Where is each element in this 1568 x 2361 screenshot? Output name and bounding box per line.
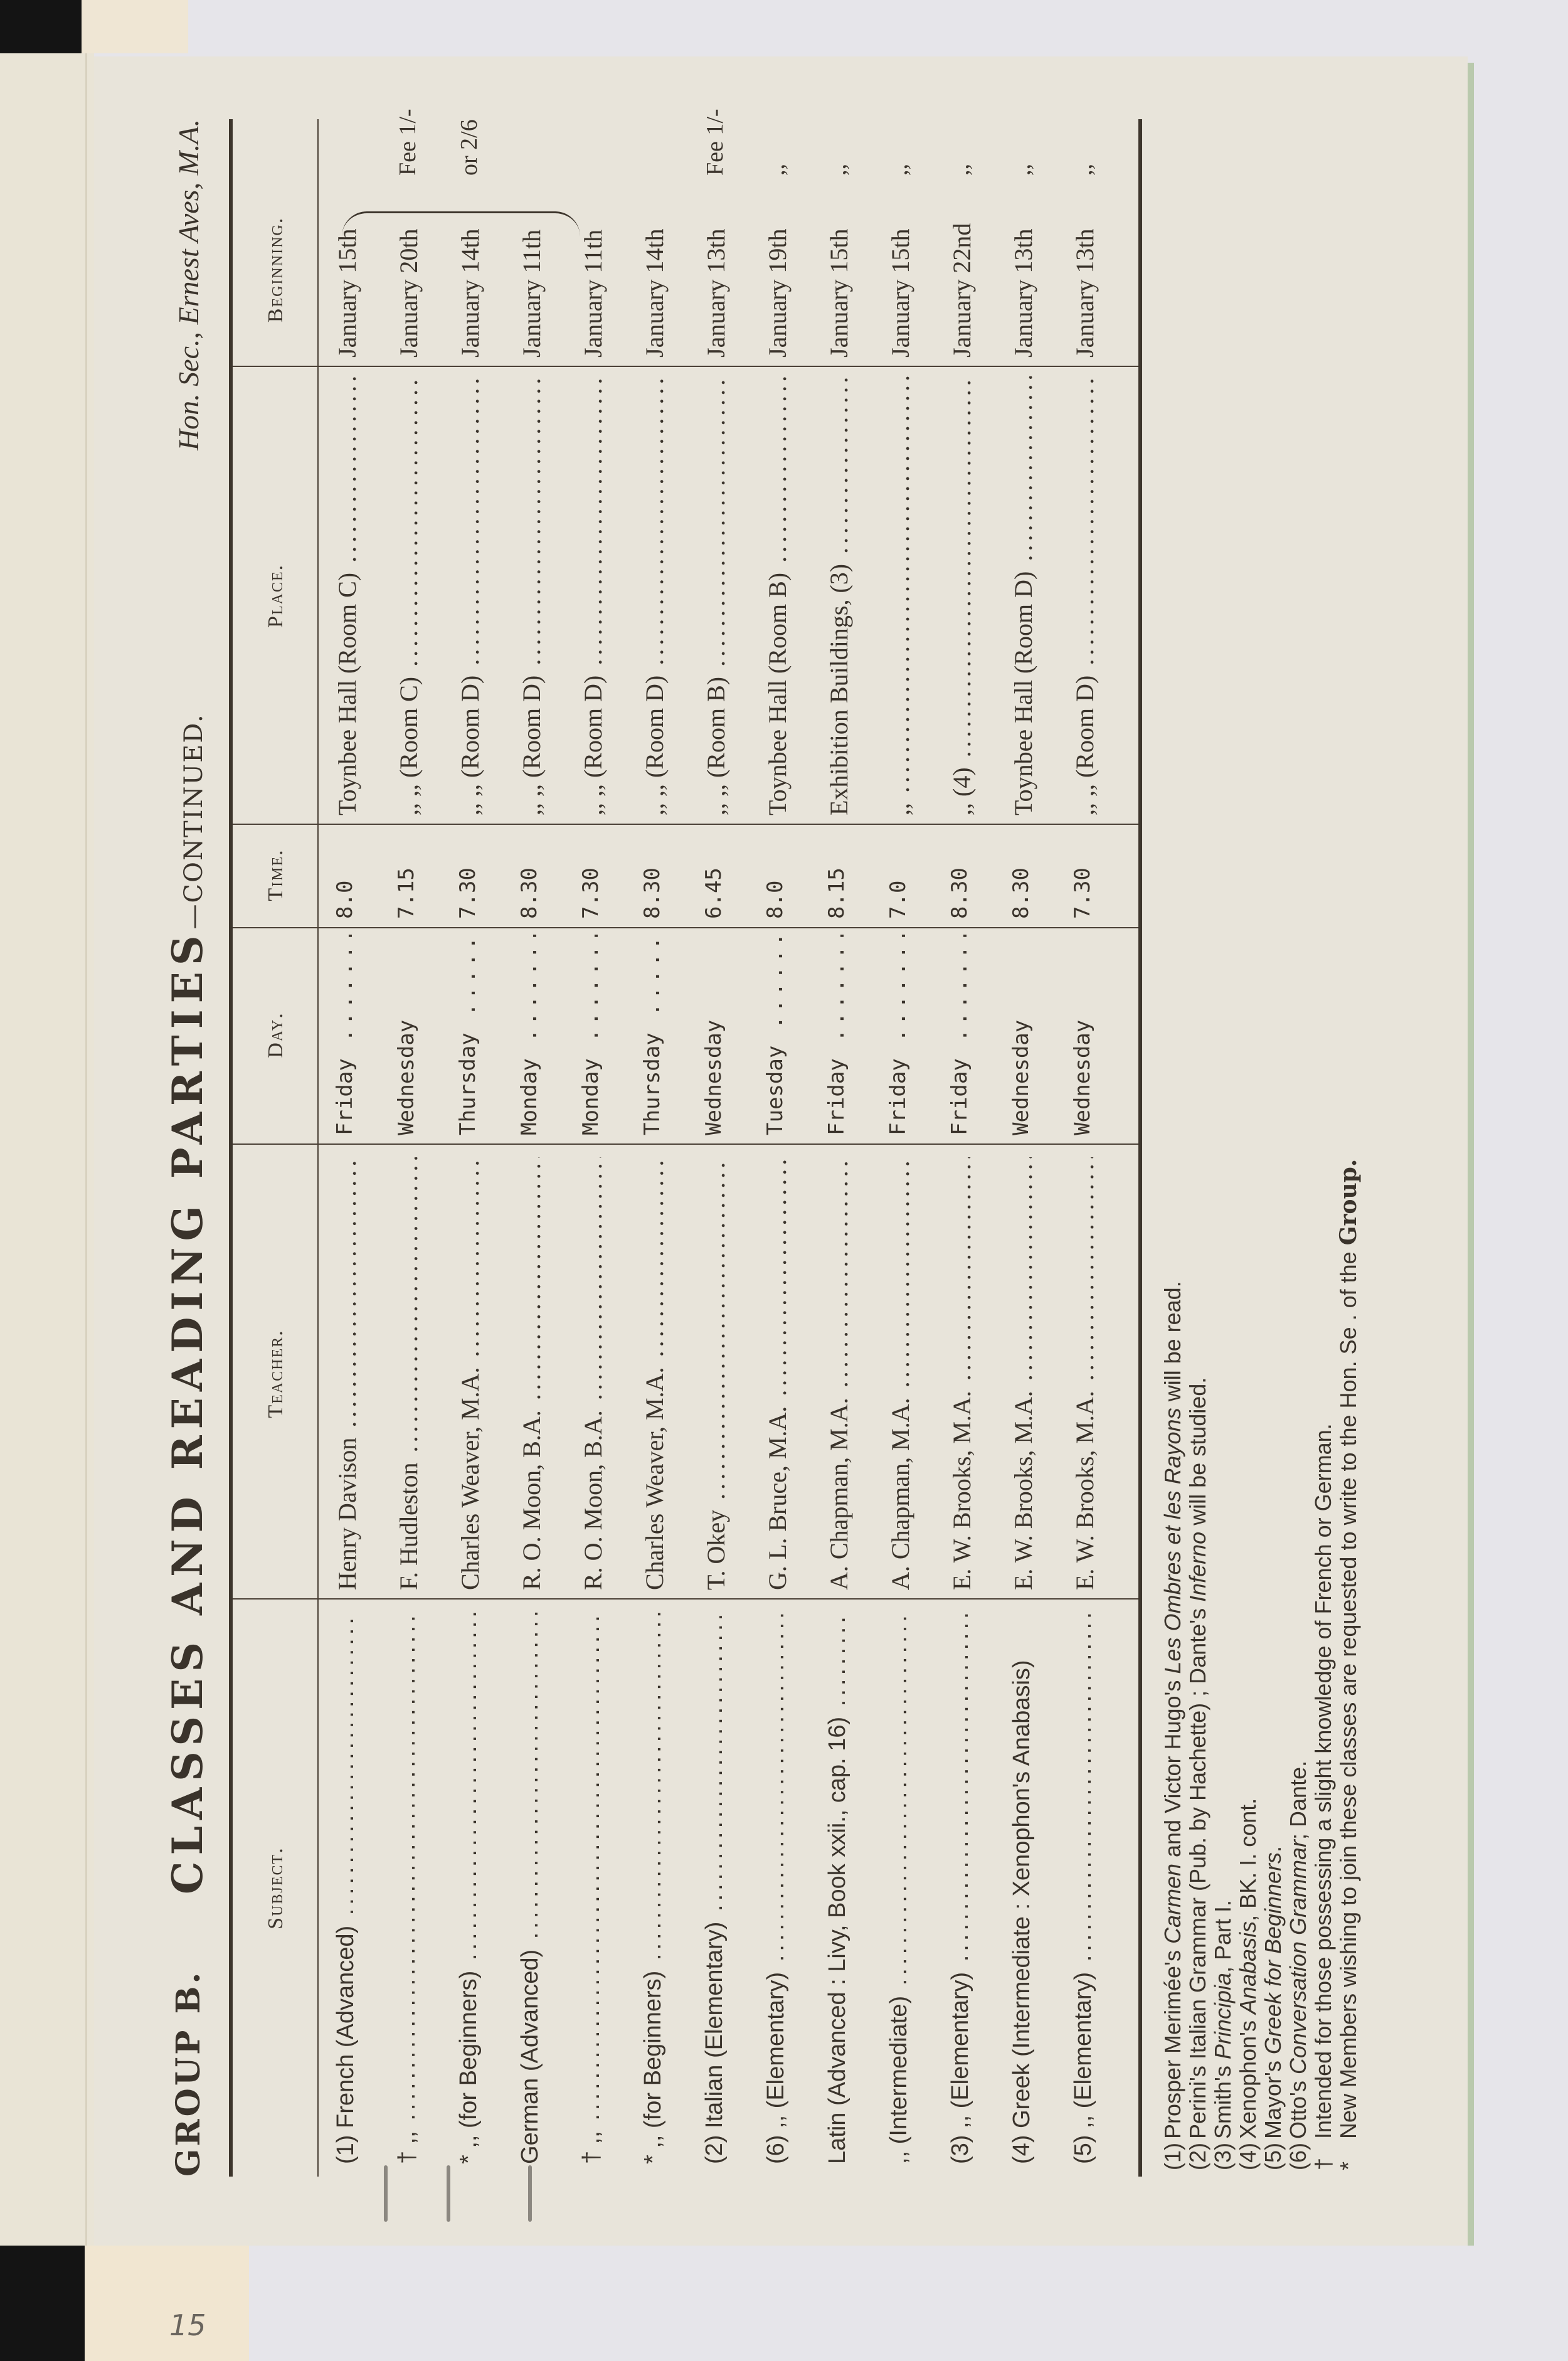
cell-teacher: Charles Weaver, M.A.	[455, 1157, 485, 1590]
cell-time: 8.30	[517, 831, 542, 919]
cell-beginning: January 15th	[332, 182, 362, 358]
cell-fee: ,,	[1009, 100, 1036, 176]
cell-teacher: G. L. Bruce, M.A.	[763, 1157, 792, 1590]
cell-subject: (3) ,, (Elementary)	[947, 1612, 974, 2164]
footnote: (1)Prosper Merimée's Carmen and Victor H…	[1160, 289, 1185, 2170]
cell-day: Friday	[824, 935, 849, 1135]
cell-time: 8.15	[824, 831, 849, 919]
footnote-text: Otto's	[1285, 2074, 1311, 2139]
cell-time: 7.30	[578, 831, 603, 919]
cell-day: Wednesday	[1070, 935, 1095, 1135]
table-row: Latin (Advanced : Livy, Book xxii., cap.…	[818, 119, 873, 2177]
cell-beginning: January 22nd	[947, 182, 977, 358]
cell-beginning: January 11th	[578, 182, 608, 358]
cell-teacher: E. W. Brooks, M.A.	[1070, 1157, 1099, 1590]
pencil-mark-icon	[384, 2165, 388, 2222]
cell-time: 7.30	[1070, 831, 1095, 919]
cell-fee: Fee 1/-	[394, 100, 421, 176]
cell-teacher: A. Chapman, M.A.	[824, 1157, 854, 1590]
cell-teacher: R. O. Moon, B.A.	[517, 1157, 546, 1590]
table-body: (1) French (Advanced) Henry Davison Frid…	[326, 119, 1135, 2177]
cell-time: 7.30	[455, 831, 480, 919]
footnote-text: Smith's	[1210, 2059, 1236, 2139]
group-label: GROUP B.	[169, 1970, 208, 2177]
cell-beginning: January 14th	[640, 182, 669, 358]
cell-teacher: R. O. Moon, B.A.	[578, 1157, 608, 1590]
cell-day: Tuesday	[763, 935, 788, 1135]
cell-teacher: Charles Weaver, M.A.	[640, 1157, 669, 1590]
cell-beginning: January 13th	[1009, 182, 1038, 358]
footnotes: (1)Prosper Merimée's Carmen and Victor H…	[1160, 289, 1361, 2170]
header-divider	[317, 119, 319, 2177]
footnote-text: New Members wishing to join these classe…	[1335, 1245, 1361, 2139]
cell-subject: (1) French (Advanced)	[332, 1612, 359, 2164]
footnote-text: Prosper Merimée's	[1160, 1944, 1185, 2139]
cell-beginning: January 13th	[1070, 182, 1099, 358]
cell-place: ,, (4)	[947, 376, 977, 815]
cell-fee: ,,	[763, 100, 790, 176]
header-subject: Subject.	[264, 1612, 288, 2164]
cell-place: ,, ,, (Room D)	[517, 376, 546, 815]
cell-fee: ,,	[824, 100, 852, 176]
cell-subject: † ,,	[578, 1612, 605, 2164]
table-row: ,, (Intermediate) A. Chapman, M.A. Frida…	[879, 119, 935, 2177]
footnote-text: will be read.	[1160, 1281, 1185, 1408]
footnote-text: Mayor's	[1260, 2054, 1286, 2139]
footnote-title: Greek for Beginners	[1260, 1852, 1286, 2054]
cell-subject: (6) ,, (Elementary)	[763, 1612, 790, 2164]
paper-tab-bottom	[85, 2246, 249, 2361]
cell-day: Wednesday	[394, 935, 419, 1135]
footnote-text: Perini's Italian Grammar (Pub. by Hachet…	[1185, 1602, 1210, 2139]
footnote-title: Anabasis	[1235, 1921, 1261, 2014]
table-row: * ,, (for Beginners) Charles Weaver, M.A…	[449, 119, 504, 2177]
cell-place: ,, ,, (Room D)	[640, 376, 669, 815]
table-row: (1) French (Advanced) Henry Davison Frid…	[326, 119, 381, 2177]
fee-bracket-icon	[342, 211, 580, 238]
cell-beginning: January 20th	[394, 182, 423, 358]
bottom-rule	[1138, 119, 1142, 2177]
cell-place: Toynbee Hall (Room B)	[763, 376, 792, 815]
footnote-mark: (4)	[1236, 2139, 1261, 2170]
cell-time: 8.0	[332, 831, 358, 919]
cell-beginning: January 19th	[763, 182, 792, 358]
footnote: (6)Otto's Conversation Grammar; Dante.	[1286, 289, 1311, 2170]
cell-time: 8.30	[1009, 831, 1034, 919]
header-day: Day.	[264, 935, 288, 1135]
footnote-group: Group.	[1335, 1159, 1362, 1246]
cell-place: ,, ,, (Room D)	[578, 376, 608, 815]
cell-time: 8.30	[947, 831, 972, 919]
pencil-mark-icon	[528, 2165, 532, 2222]
cell-place: ,, ,, (Room C)	[394, 376, 423, 815]
cell-fee: ,,	[1070, 100, 1098, 176]
footnote: (2)Perini's Italian Grammar (Pub. by Hac…	[1185, 289, 1210, 2170]
cell-beginning: January 15th	[824, 182, 854, 358]
footnote-text: will be studied.	[1185, 1377, 1210, 1532]
cell-time: 6.45	[701, 831, 726, 919]
cell-place: Exhibition Buildings, (3)	[824, 376, 854, 815]
footnote-title: Principia	[1210, 1973, 1236, 2059]
table-row: † ,, R. O. Moon, B.A. Monday 7.30 ,, ,, …	[572, 119, 627, 2177]
footnote-title: Inferno	[1185, 1532, 1210, 1602]
cell-fee: or 2/6	[455, 100, 483, 176]
paper-tab-top	[82, 0, 188, 53]
footnote-title: Conversation Grammar	[1285, 1840, 1311, 2074]
cell-place: ,,	[886, 376, 915, 815]
footnote-title: Les Ombres et les Rayons	[1160, 1408, 1185, 1674]
cell-place: ,, ,, (Room B)	[701, 376, 731, 815]
cell-time: 8.30	[640, 831, 665, 919]
cell-day: Wednesday	[1009, 935, 1034, 1135]
title-text: CLASSES AND READING PARTIES	[163, 929, 212, 1894]
footnote-text: .	[1260, 1846, 1286, 1852]
cell-place: Toynbee Hall (Room D)	[1009, 376, 1038, 815]
cell-subject: (2) Italian (Elementary)	[701, 1612, 728, 2164]
footnote-mark: *	[1336, 2139, 1361, 2170]
cell-subject: Latin (Advanced : Livy, Book xxii., cap.…	[824, 1612, 851, 2164]
binding-cover-bottom	[0, 2246, 85, 2361]
cell-time: 8.0	[763, 831, 788, 919]
table-row: (4) Greek (Intermediate : Xenophon's Ana…	[1002, 119, 1057, 2177]
footnote-text: Xenophon's	[1235, 2014, 1261, 2139]
cell-beginning: January 13th	[701, 182, 731, 358]
cell-day: Friday	[886, 935, 911, 1135]
cell-teacher: A. Chapman, M.A.	[886, 1157, 915, 1590]
footnote-mark: †	[1311, 2139, 1336, 2170]
table-header: Subject. Teacher. Day. Time. Place. Begi…	[233, 119, 317, 2177]
cell-subject: * ,, (for Beginners)	[640, 1612, 667, 2164]
facing-page-edge	[0, 0, 94, 2361]
binding-crease	[85, 50, 87, 2321]
cell-beginning: January 14th	[455, 182, 485, 358]
cell-subject: German (Advanced)	[517, 1612, 544, 2164]
table-row: (2) Italian (Elementary) T. Okey Wednesd…	[695, 119, 750, 2177]
table-row: German (Advanced) R. O. Moon, B.A. Monda…	[511, 119, 566, 2177]
page-header: GROUP B. CLASSES AND READING PARTIES—CON…	[163, 119, 220, 2177]
page-title: CLASSES AND READING PARTIES—CONTINUED.	[163, 713, 212, 1894]
table-row: (3) ,, (Elementary) E. W. Brooks, M.A. F…	[941, 119, 996, 2177]
cell-teacher: E. W. Brooks, M.A.	[1009, 1157, 1038, 1590]
document-page: GROUP B. CLASSES AND READING PARTIES—CON…	[94, 56, 1468, 2246]
header-beginning: Beginning.	[264, 182, 288, 358]
cell-time: 7.15	[394, 831, 419, 919]
footnote-mark: (1)	[1160, 2139, 1185, 2170]
hon-secretary: Hon. Sec., Ernest Aves, M.A.	[172, 119, 205, 450]
cell-day: Thursday	[455, 935, 480, 1135]
cell-subject: ,, (Intermediate)	[886, 1612, 913, 2164]
cell-beginning: January 11th	[517, 182, 546, 358]
cell-teacher: T. Okey	[701, 1157, 731, 1590]
cell-subject: † ,,	[394, 1612, 421, 2164]
footnote-mark: (3)	[1210, 2139, 1236, 2170]
cell-time: 7.0	[886, 831, 911, 919]
rotated-page-content: GROUP B. CLASSES AND READING PARTIES—CON…	[94, 56, 1468, 2246]
cell-teacher: E. W. Brooks, M.A.	[947, 1157, 977, 1590]
cell-subject: * ,, (for Beginners)	[455, 1612, 482, 2164]
footnote-text: , Part I.	[1210, 1900, 1236, 1973]
header-time: Time.	[264, 831, 288, 919]
classes-table: Subject. Teacher. Day. Time. Place. Begi…	[233, 119, 317, 2177]
cell-day: Monday	[578, 935, 603, 1135]
footnote: (3)Smith's Principia, Part I.	[1210, 289, 1236, 2170]
footnote-text: and Victor Hugo's	[1160, 1674, 1185, 1864]
footnote-text: Intended for those possessing a slight k…	[1310, 1423, 1336, 2139]
cell-day: Monday	[517, 935, 542, 1135]
cell-day: Thursday	[640, 935, 665, 1135]
cell-fee: ,,	[886, 100, 913, 176]
footnote-mark: (5)	[1261, 2139, 1286, 2170]
header-teacher: Teacher.	[264, 1157, 288, 1590]
footnote-text: ; Dante.	[1285, 1761, 1311, 1840]
pencil-page-number: 15	[169, 2308, 206, 2342]
footnote-mark: (2)	[1185, 2139, 1210, 2170]
cell-place: ,, ,, (Room D)	[455, 376, 485, 815]
table-row: (6) ,, (Elementary) G. L. Bruce, M.A. Tu…	[756, 119, 812, 2177]
table-row: * ,, (for Beginners) Charles Weaver, M.A…	[633, 119, 689, 2177]
cell-teacher: Henry Davison	[332, 1157, 362, 1590]
cell-fee: Fee 1/-	[701, 100, 729, 176]
footnote-text: , BK. I. cont.	[1235, 1798, 1261, 1921]
header-place: Place.	[264, 376, 288, 815]
footnote-mark: (6)	[1286, 2139, 1311, 2170]
cell-subject: (4) Greek (Intermediate : Xenophon's Ana…	[1009, 1612, 1036, 2164]
cell-fee: ,,	[947, 100, 975, 176]
cell-beginning: January 15th	[886, 182, 915, 358]
table-row: (5) ,, (Elementary) E. W. Brooks, M.A. W…	[1064, 119, 1119, 2177]
table-row: † ,, F. Hudleston Wednesday 7.15 ,, ,, (…	[388, 119, 443, 2177]
cell-day: Friday	[332, 935, 358, 1135]
binding-cover-top	[0, 0, 82, 53]
footnote-title: Carmen	[1160, 1864, 1185, 1944]
cell-day: Friday	[947, 935, 972, 1135]
footnote: *New Members wishing to join these class…	[1336, 289, 1361, 2170]
footnote: †Intended for those possessing a slight …	[1311, 289, 1336, 2170]
footnote: (5)Mayor's Greek for Beginners.	[1261, 289, 1286, 2170]
cell-place: ,, ,, (Room D)	[1070, 376, 1099, 815]
cell-subject: (5) ,, (Elementary)	[1070, 1612, 1097, 2164]
cell-place: Toynbee Hall (Room C)	[332, 376, 362, 815]
footnote: (4)Xenophon's Anabasis, BK. I. cont.	[1236, 289, 1261, 2170]
cell-day: Wednesday	[701, 935, 726, 1135]
pencil-mark-icon	[447, 2165, 450, 2222]
title-continued: —CONTINUED.	[179, 713, 208, 929]
cell-teacher: F. Hudleston	[394, 1157, 423, 1590]
